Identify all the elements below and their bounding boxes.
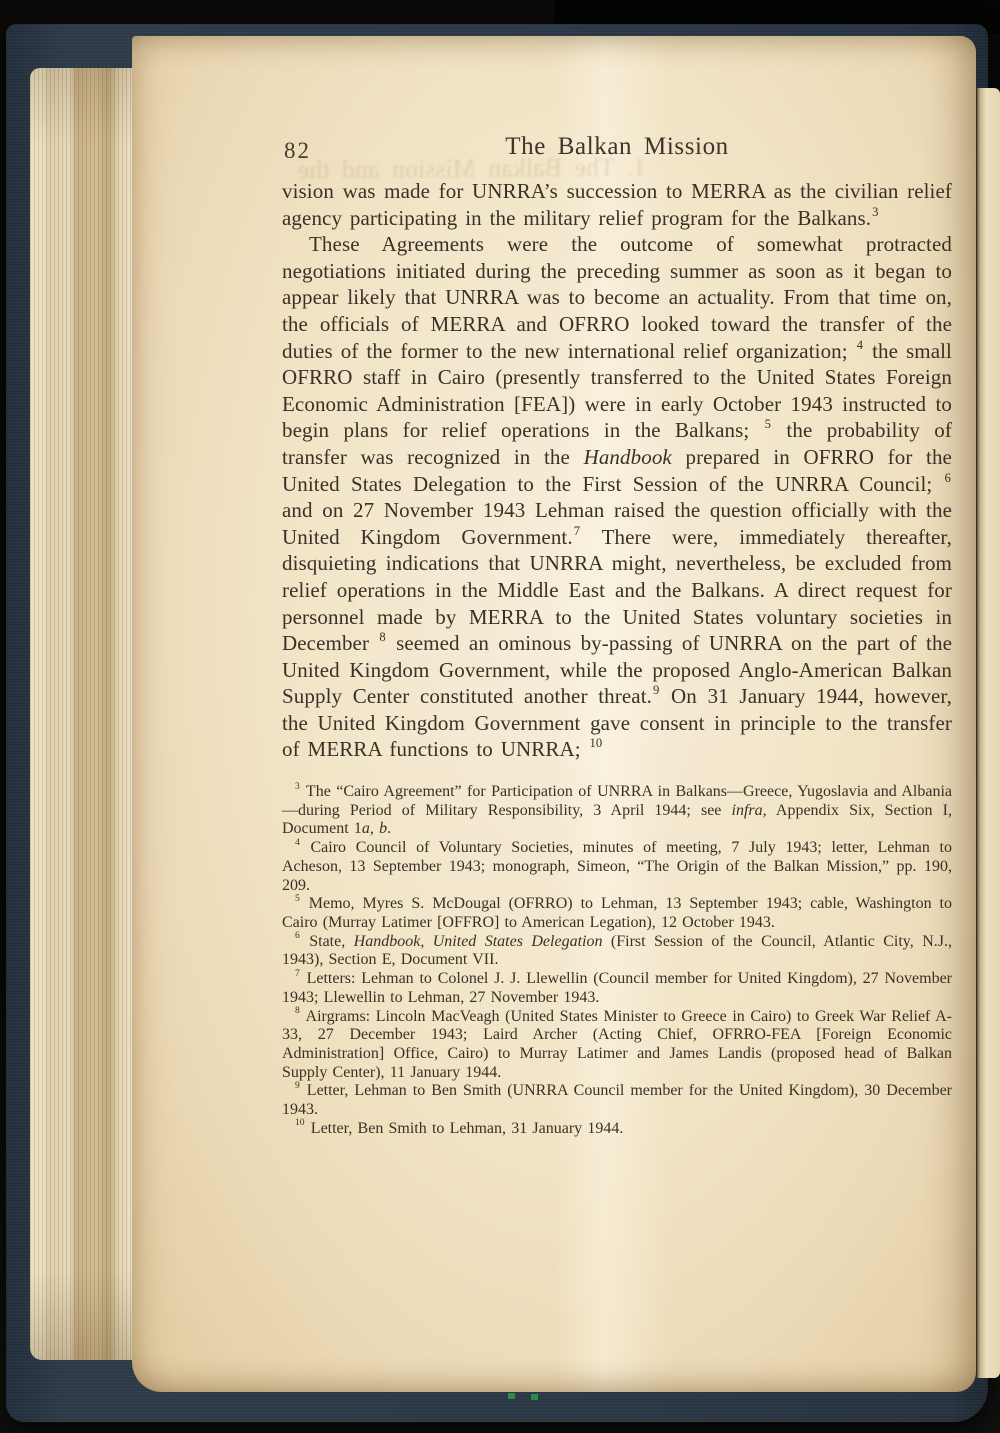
book-photograph: 1. The Balkan Mission and the 82 The Bal… (0, 0, 1000, 1433)
footnote-ref: 10 (294, 1117, 306, 1128)
italic-text: Handbook (584, 445, 672, 469)
footnote-ref: 6 (944, 471, 952, 485)
footnote-ref: 9 (652, 683, 660, 697)
footnote-ref: 9 (294, 1080, 301, 1091)
text-run: Letter, Ben Smith to Lehman, 31 January … (306, 1120, 624, 1137)
text-run: vision was made for UNRRA’s succession t… (282, 179, 952, 230)
footnote-ref: 5 (764, 417, 772, 431)
footnote: 6 State, Handbook, United States Delegat… (282, 933, 952, 970)
page-header: 82 The Balkan Mission (282, 131, 952, 175)
running-title: The Balkan Mission (282, 131, 952, 161)
facing-page-edge (977, 88, 1000, 1378)
footnote-ref: 8 (294, 1005, 301, 1016)
footnote-ref: 3 (871, 205, 879, 219)
italic-text: b (379, 820, 387, 837)
scan-artifact-dot (508, 1393, 515, 1399)
footnote-ref: 7 (573, 524, 581, 538)
page-edge-stack (30, 68, 134, 1360)
footnote-ref: 4 (856, 338, 864, 352)
italic-text: a (362, 820, 370, 837)
text-run: State, (301, 933, 354, 950)
footnote: 3 The “Cairo Agreement” for Participatio… (282, 783, 952, 839)
footnote-ref: 5 (294, 893, 301, 904)
footnote-ref: 8 (378, 630, 386, 644)
footnote-ref: 6 (294, 930, 301, 941)
footnote-ref: 3 (294, 781, 301, 792)
text-run: Letters: Lehman to Colonel J. J. Llewell… (282, 970, 952, 1006)
text-run: Letter, Lehman to Ben Smith (UNRRA Counc… (282, 1082, 952, 1118)
text-run: , (370, 820, 379, 837)
text-run: Airgrams: Lincoln MacVeagh (United State… (282, 1008, 952, 1081)
footnote-ref: 4 (294, 837, 301, 848)
footnote: 4 Cairo Council of Voluntary Societies, … (282, 839, 952, 895)
text-run: Memo, Myres S. McDougal (OFRRO) to Lehma… (282, 895, 952, 931)
body-paragraph: These Agreements were the outcome of som… (282, 231, 952, 763)
footnote-ref: 10 (589, 736, 604, 750)
footnote: 5 Memo, Myres S. McDougal (OFRRO) to Leh… (282, 895, 952, 932)
body-text: vision was made for UNRRA’s succession t… (282, 178, 952, 763)
book-page: 1. The Balkan Mission and the 82 The Bal… (132, 36, 976, 1392)
footnote: 7 Letters: Lehman to Colonel J. J. Llewe… (282, 970, 952, 1007)
footnote: 8 Airgrams: Lincoln MacVeagh (United Sta… (282, 1008, 952, 1083)
footnote: 9 Letter, Lehman to Ben Smith (UNRRA Cou… (282, 1082, 952, 1119)
body-paragraph: vision was made for UNRRA’s succession t… (282, 178, 952, 231)
footnotes: 3 The “Cairo Agreement” for Participatio… (282, 783, 952, 1138)
italic-text: infra (732, 802, 763, 819)
italic-text: Handbook, United States Delegation (354, 933, 603, 950)
footnote-ref: 7 (294, 968, 301, 979)
page-content: 82 The Balkan Mission vision was made fo… (282, 131, 952, 1138)
footnote: 10 Letter, Ben Smith to Lehman, 31 Janua… (282, 1120, 952, 1139)
text-run: Cairo Council of Voluntary Societies, mi… (282, 839, 952, 893)
text-run: . (387, 820, 391, 837)
text-run: These Agreements were the outcome of som… (282, 232, 952, 362)
page-number: 82 (284, 138, 311, 164)
scan-artifact-dot (531, 1394, 538, 1400)
